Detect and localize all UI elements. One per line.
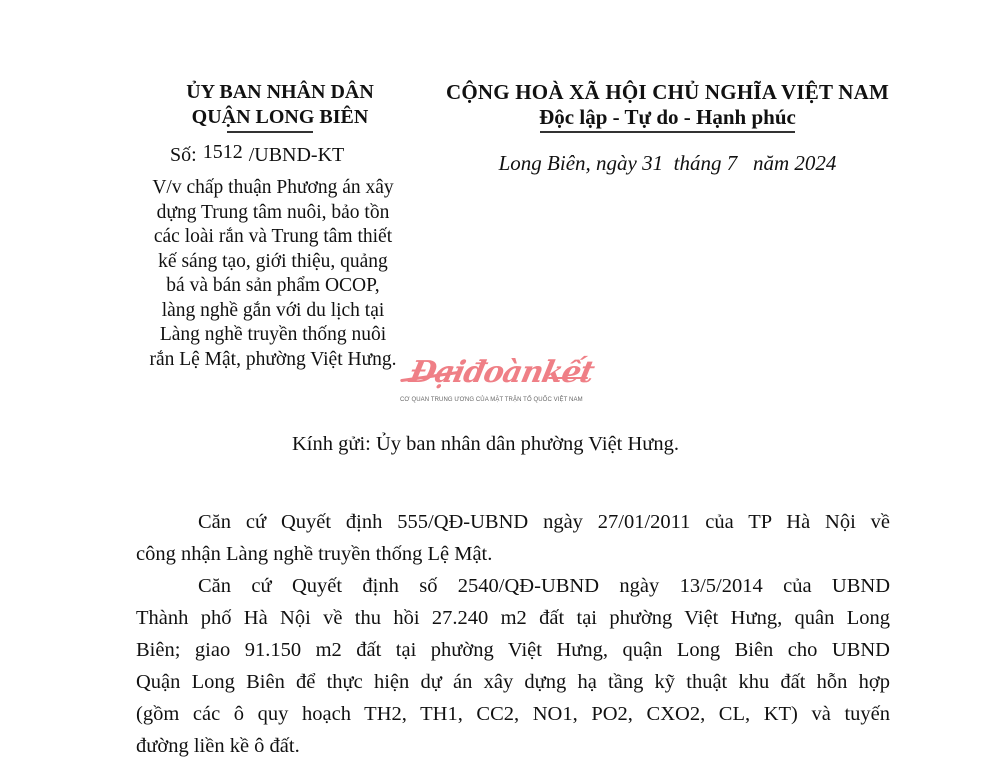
paragraph-line: (gồm các ô quy hoạch TH2, TH1, CC2, NO1,…	[136, 698, 890, 730]
date-line: Long Biên, ngày 31 tháng 7 năm 2024	[420, 150, 915, 176]
watermark-tagline: CƠ QUAN TRUNG ƯƠNG CỦA MẶT TRẬN TỔ QUỐC …	[400, 397, 583, 403]
subject-line: V/v chấp thuận Phương án xây	[128, 176, 418, 201]
date-month: 7	[727, 151, 738, 175]
paragraph-line: công nhận Làng nghề truyền thống Lệ Mật.	[136, 538, 890, 570]
subject-line: dựng Trung tâm nuôi, bảo tồn	[128, 201, 418, 226]
document-number-prefix: Số:	[170, 144, 197, 166]
issuing-authority-line2: QUẬN LONG BIÊN	[130, 104, 430, 130]
subject-line: các loài rắn và Trung tâm thiết	[128, 225, 418, 250]
subject-line: rắn Lệ Mật, phường Việt Hưng.	[128, 348, 418, 373]
watermark-logo: Đạiđoànkết	[406, 355, 596, 390]
paragraph-line: đường liền kề ô đất.	[136, 730, 890, 762]
document-number: Số:1512/UBND-KT	[170, 142, 344, 168]
motto-underline	[540, 131, 795, 133]
body-paragraph: Căn cứ Quyết định 555/QĐ-UBND ngày 27/01…	[136, 506, 890, 570]
date-month-label: tháng	[674, 151, 722, 175]
paragraph-line: Quận Long Biên để thực hiện dự án xây dự…	[136, 666, 890, 698]
date-day: 31	[642, 151, 663, 175]
national-title: CỘNG HOÀ XÃ HỘI CHỦ NGHĨA VIỆT NAM	[420, 79, 915, 105]
newspaper-watermark: Đạiđoànkết CƠ QUAN TRUNG ƯƠNG CỦA MẶT TR…	[398, 355, 598, 407]
paragraph-line: Thành phố Hà Nội về thu hồi 27.240 m2 đấ…	[136, 602, 890, 634]
paragraph-line: Căn cứ Quyết định 555/QĐ-UBND ngày 27/01…	[136, 506, 890, 538]
date-year: 2024	[794, 151, 836, 175]
document-number-value: 1512	[203, 141, 243, 163]
authority-underline	[227, 131, 313, 133]
subject-line: kế sáng tạo, giới thiệu, quảng	[128, 250, 418, 275]
date-place: Long Biên, ngày	[499, 151, 637, 175]
subject-line: bá và bán sản phẩm OCOP,	[128, 274, 418, 299]
recipient-line: Kính gửi: Ủy ban nhân dân phường Việt Hư…	[292, 431, 679, 457]
paragraph-line: Biên; giao 91.150 m2 đất tại phường Việt…	[136, 634, 890, 666]
national-motto: Độc lập - Tự do - Hạnh phúc	[420, 104, 915, 130]
date-year-label: năm	[753, 151, 789, 175]
document-subject: V/v chấp thuận Phương án xây dựng Trung …	[128, 176, 418, 372]
document-number-suffix: /UBND-KT	[249, 144, 345, 166]
subject-line: làng nghề gắn với du lịch tại	[128, 299, 418, 324]
paragraph-line: Căn cứ Quyết định số 2540/QĐ-UBND ngày 1…	[136, 570, 890, 602]
issuing-authority-line1: ỦY BAN NHÂN DÂN	[130, 79, 430, 105]
subject-line: Làng nghề truyền thống nuôi	[128, 323, 418, 348]
body-paragraph: Căn cứ Quyết định số 2540/QĐ-UBND ngày 1…	[136, 570, 890, 762]
watermark-swoosh	[548, 377, 588, 379]
